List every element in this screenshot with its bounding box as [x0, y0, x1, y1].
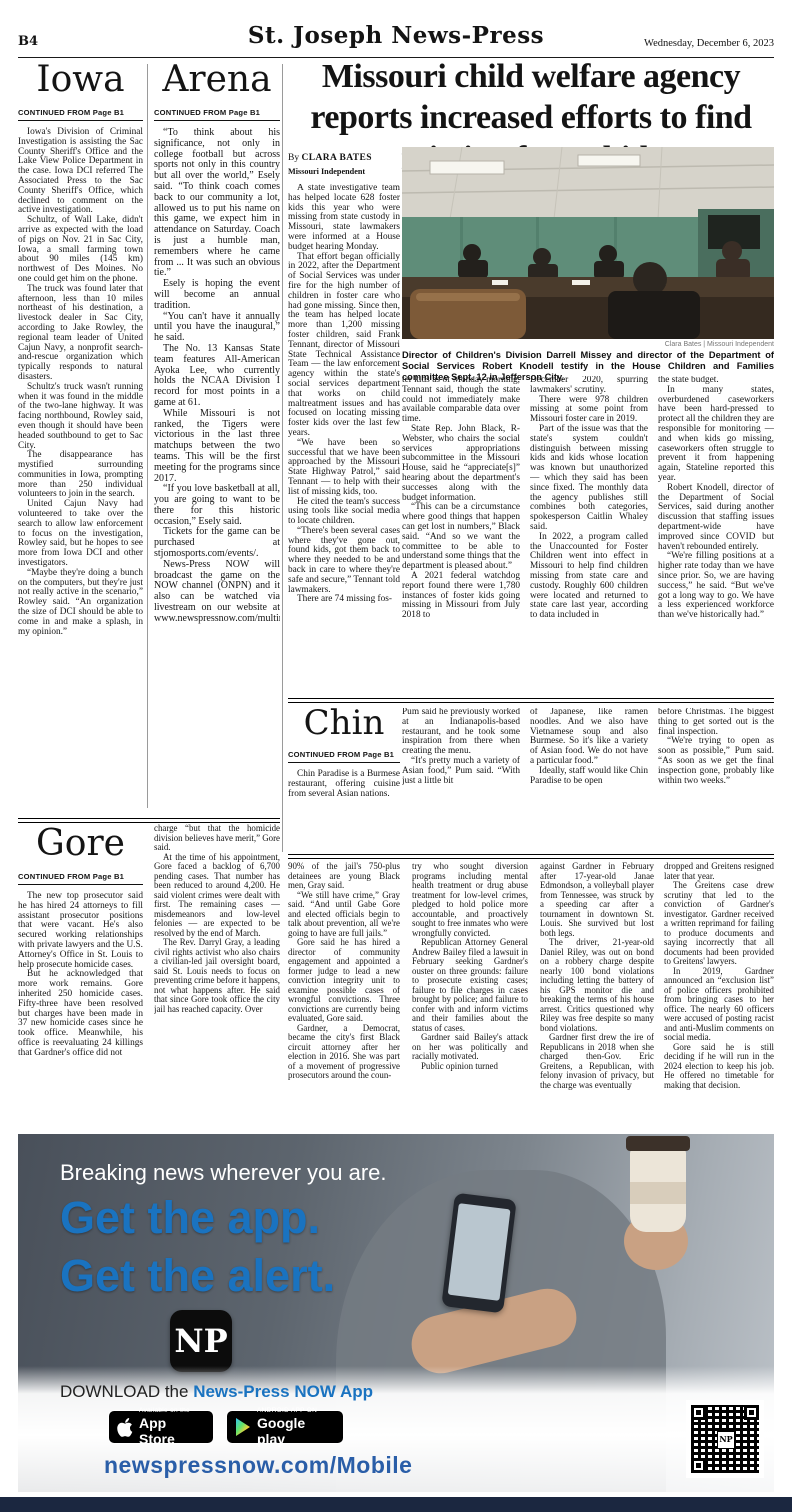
- googleplay-badge-top-text: ANDROID APP ON: [257, 1407, 335, 1414]
- paragraph: before Christmas. The biggest thing to g…: [658, 708, 774, 737]
- column-divider: [282, 64, 283, 852]
- paragraph: United Cajun Navy had volunteered to tak…: [18, 500, 143, 569]
- paragraph: In many states, overburdened caseworkers…: [658, 386, 774, 484]
- googleplay-badge-label: Google play: [257, 1415, 335, 1447]
- committee-photo: [402, 147, 774, 339]
- paragraph: In 2022, a program called the Unaccounte…: [530, 533, 648, 621]
- article-gore: Gore CONTINUED FROM Page B1 The new top …: [18, 826, 143, 1122]
- chin-title: Chin: [288, 706, 400, 740]
- qr-code[interactable]: NP: [686, 1400, 764, 1478]
- qr-center-logo: NP: [717, 1431, 735, 1449]
- paragraph: try who sought diversion programs includ…: [412, 862, 528, 938]
- paragraph: The Rev. Darryl Gray, a leading civil ri…: [154, 938, 280, 1014]
- paragraph: “You can't have it annually until you ha…: [154, 312, 280, 344]
- paragraph: News-Press NOW will broadcast the game o…: [154, 560, 280, 625]
- paragraph: Part of the issue was that the state's s…: [530, 425, 648, 533]
- paragraph: Republican Attorney General Andrew Baile…: [412, 938, 528, 1033]
- paragraph: December 2020, spurring lawmakers' scrut…: [530, 376, 648, 396]
- main-col-2: ter kids as of Monday morning, Tennant s…: [402, 376, 520, 694]
- paragraph: “This can be a circumstance where good t…: [402, 503, 520, 572]
- coffee-cup-sleeve: [630, 1182, 686, 1204]
- paragraph: A state investigative team has helped lo…: [288, 184, 400, 253]
- chin-col-4: before Christmas. The biggest thing to g…: [658, 708, 774, 848]
- paragraph: Ideally, staff would like Chin Paradise …: [530, 767, 648, 787]
- coffee-cup: [630, 1148, 686, 1232]
- paragraph: State Rep. John Black, R-Webster, who ch…: [402, 425, 520, 503]
- iowa-body: Iowa's Division of Criminal Investigatio…: [18, 128, 143, 637]
- coffee-cup-lid: [626, 1136, 690, 1151]
- gore-title: Gore: [18, 826, 143, 862]
- article-arena: Arena CONTINUED FROM Page B1 “To think a…: [154, 62, 280, 744]
- paragraph: Tickets for the game can be purchased at…: [154, 527, 280, 559]
- paragraph: Robert Knodell, director of the Departme…: [658, 484, 774, 553]
- paragraph: At the time of his appointment, Gore fac…: [154, 853, 280, 939]
- paragraph: ter kids as of Monday morning, Tennant s…: [402, 376, 520, 425]
- paragraph: Iowa's Division of Criminal Investigatio…: [18, 128, 143, 216]
- download-instruction: DOWNLOAD the News-Press NOW App: [60, 1382, 373, 1402]
- newspaper-page: B4 St. Joseph News-Press Wednesday, Dece…: [0, 0, 792, 1512]
- paragraph: charge “but that the homicide division b…: [154, 824, 280, 853]
- download-app-name: News-Press NOW App: [193, 1382, 373, 1401]
- iowa-title: Iowa: [18, 62, 143, 98]
- paragraph: There are 74 missing fos-: [288, 595, 400, 605]
- paragraph: “To think about his significance, not on…: [154, 128, 280, 279]
- download-prefix: DOWNLOAD the: [60, 1382, 193, 1401]
- paragraph: Schultz's truck wasn't running when it w…: [18, 383, 143, 452]
- paragraph: Chin Paradise is a Burmese restaurant, o…: [288, 770, 400, 799]
- paragraph: of Japanese, like ramen noodles. And we …: [530, 708, 648, 767]
- paragraph: The new top prosecutor said he has hired…: [18, 892, 143, 970]
- paragraph: But he acknowledged that more work remai…: [18, 970, 143, 1058]
- paragraph: Gore said he is still deciding if he wil…: [664, 1043, 774, 1091]
- ad-headline-app: Get the app.: [60, 1192, 320, 1244]
- chin-col-1: Chin Paradise is a Burmese restaurant, o…: [288, 770, 400, 799]
- paragraph: Gardner first drew the ire of Republican…: [540, 1033, 654, 1090]
- main-col-1: A state investigative team has helped lo…: [288, 184, 400, 696]
- column-divider: [147, 64, 148, 808]
- qr-finder-square: [744, 1405, 759, 1420]
- gore-col-2: charge “but that the homicide division b…: [154, 824, 280, 1124]
- byline: By CLARA BATES Missouri Independent: [288, 147, 400, 176]
- paragraph: “We're trying to open as soon as possibl…: [658, 737, 774, 786]
- gore-col-3: 90% of the jail's 750-plus detainees are…: [288, 862, 400, 1126]
- paragraph: That effort began officially in 2022, af…: [288, 253, 400, 439]
- gore-col-4: try who sought diversion programs includ…: [412, 862, 528, 1126]
- paragraph: “There's been several cases where they'v…: [288, 527, 400, 596]
- paragraph: A 2021 federal watchdog report found the…: [402, 572, 520, 621]
- issue-date: Wednesday, December 6, 2023: [644, 38, 774, 49]
- paragraph: The disappearance has mystified surround…: [18, 451, 143, 500]
- photo-credit: Clara Bates | Missouri Independent: [402, 341, 774, 348]
- iowa-continued-from: CONTINUED FROM Page B1: [18, 108, 143, 121]
- qr-finder-square: [691, 1458, 706, 1473]
- arena-body: “To think about his significance, not on…: [154, 128, 280, 625]
- byline-author: CLARA BATES: [301, 153, 371, 163]
- paragraph: The truck was found later that afternoon…: [18, 285, 143, 383]
- paragraph: The No. 13 Kansas State team features Al…: [154, 344, 280, 409]
- paragraph: Esely is hoping the event will become an…: [154, 279, 280, 311]
- qr-pattern: NP: [691, 1405, 759, 1473]
- qr-finder-square: [691, 1405, 706, 1420]
- main-col-4: the state budget.In many states, overbur…: [658, 376, 774, 694]
- google-play-icon: [235, 1418, 251, 1436]
- news-press-app-icon: NP: [170, 1310, 232, 1372]
- main-col-3: December 2020, spurring lawmakers' scrut…: [530, 376, 648, 694]
- gore-continued-from: CONTINUED FROM Page B1: [18, 872, 143, 885]
- ad-headline-alert: Get the alert.: [60, 1250, 335, 1302]
- paragraph: “Maybe they're doing a bunch on the comp…: [18, 569, 143, 638]
- appstore-badge-label: App Store: [139, 1415, 205, 1447]
- arena-continued-from: CONTINUED FROM Page B1: [154, 108, 280, 121]
- ad-tagline: Breaking news wherever you are.: [60, 1160, 387, 1186]
- paragraph: “We still have crime,” Gray said. “And u…: [288, 891, 400, 939]
- paragraph: He cited the team's success using tools …: [288, 498, 400, 527]
- gore-col-5: against Gardner in February after 17-yea…: [540, 862, 654, 1126]
- ad-mobile-url[interactable]: newspressnow.com/Mobile: [104, 1452, 412, 1479]
- paragraph: Gore said he has hired a director of com…: [288, 938, 400, 1024]
- smartphone-screen: [448, 1203, 511, 1301]
- page-footer-bar: [0, 1497, 792, 1512]
- appstore-badge[interactable]: Available on the App Store: [108, 1410, 214, 1444]
- article-chin: Chin CONTINUED FROM Page B1 Chin Paradis…: [288, 706, 400, 852]
- paragraph: Gardner, a Democrat, became the city's f…: [288, 1024, 400, 1081]
- paragraph: “We're filling positions at a higher rat…: [658, 552, 774, 621]
- appstore-badge-top-text: Available on the: [139, 1407, 205, 1414]
- chin-col-3: of Japanese, like ramen noodles. And we …: [530, 708, 648, 848]
- app-advertisement: Breaking news wherever you are. Get the …: [18, 1134, 774, 1492]
- paragraph: “It's pretty much a variety of Asian foo…: [402, 757, 520, 786]
- gore-col-6: dropped and Greitens resigned later that…: [664, 862, 774, 1126]
- gore-col-1: The new top prosecutor said he has hired…: [18, 892, 143, 1059]
- committee-photo-illustration: [402, 147, 774, 339]
- paragraph: dropped and Greitens resigned later that…: [664, 862, 774, 881]
- paragraph: against Gardner in February after 17-yea…: [540, 862, 654, 938]
- paragraph: Public opinion turned: [412, 1062, 528, 1072]
- byline-prefix: By: [288, 153, 301, 163]
- apple-icon: [117, 1418, 133, 1437]
- paragraph: There were 978 children missing at some …: [530, 396, 648, 425]
- section-rule: [288, 698, 774, 703]
- googleplay-badge[interactable]: ANDROID APP ON Google play: [226, 1410, 344, 1444]
- section-rule: [18, 818, 280, 823]
- paragraph: 90% of the jail's 750-plus detainees are…: [288, 862, 400, 891]
- paragraph: The driver, 21-year-old Daniel Riley, wa…: [540, 938, 654, 1033]
- paragraph: Pum said he previously worked at an Indi…: [402, 708, 520, 757]
- paragraph: In 2019, Gardner announced an “exclusion…: [664, 967, 774, 1043]
- paragraph: “We have been so successful that we have…: [288, 439, 400, 498]
- paragraph: Schultz, of Wall Lake, didn't arrive as …: [18, 216, 143, 285]
- arena-title: Arena: [154, 62, 280, 98]
- article-iowa: Iowa CONTINUED FROM Page B1 Iowa's Divis…: [18, 62, 143, 752]
- paragraph: While Missouri is not ranked, the Tigers…: [154, 409, 280, 485]
- paragraph: The Greitens case drew scrutiny that led…: [664, 881, 774, 967]
- chin-continued-from: CONTINUED FROM Page B1: [288, 750, 400, 763]
- paragraph: “If you love basketball at all, you are …: [154, 484, 280, 527]
- section-rule: [288, 854, 774, 859]
- byline-organization: Missouri Independent: [288, 167, 400, 176]
- chin-col-2: Pum said he previously worked at an Indi…: [402, 708, 520, 848]
- paragraph: Gardner said Bailey's attack on her was …: [412, 1033, 528, 1062]
